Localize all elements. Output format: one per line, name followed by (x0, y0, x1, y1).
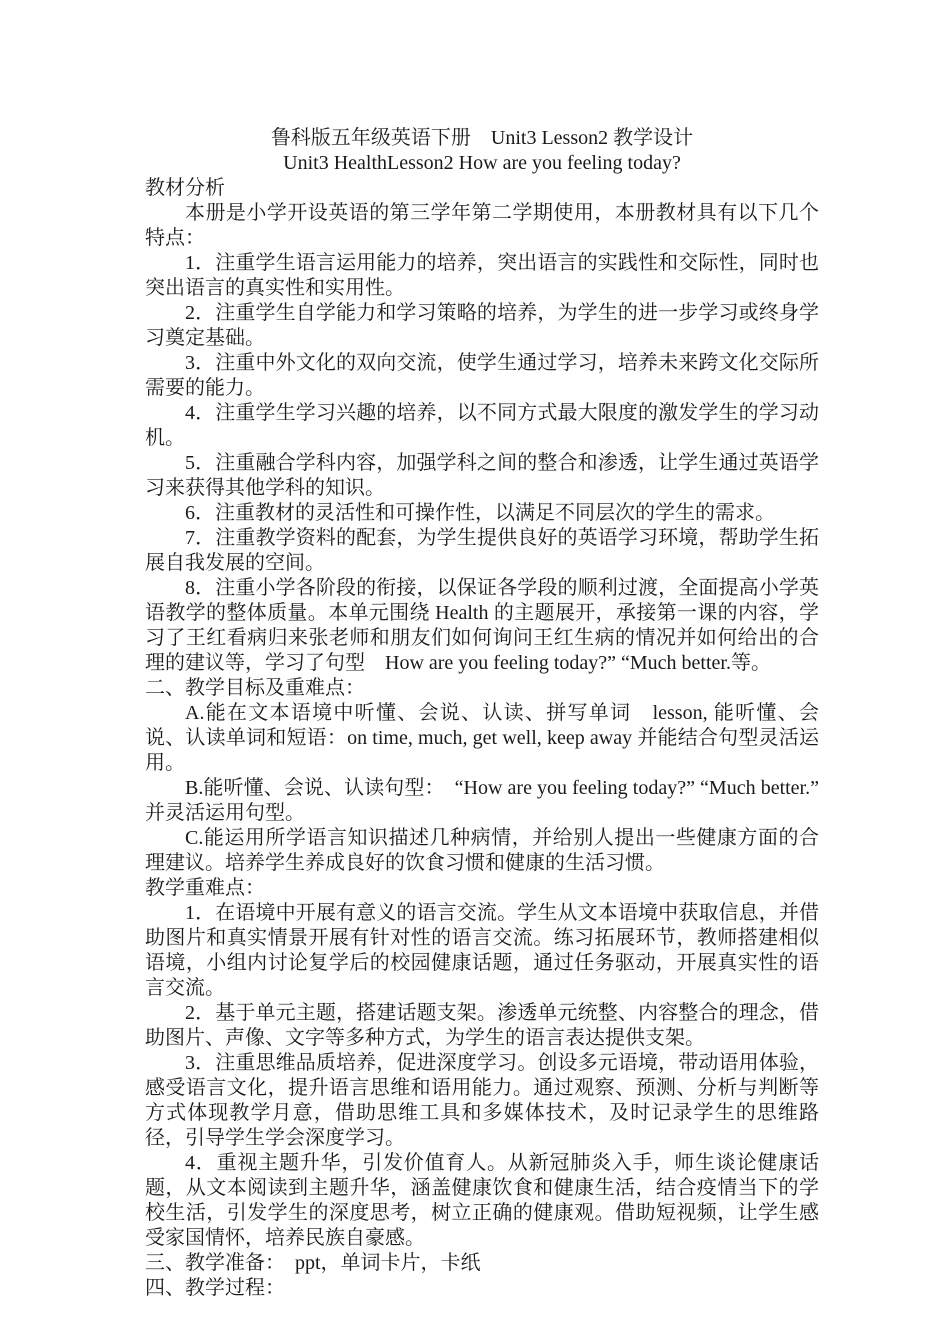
objective-c: C.能运用所学语言知识描述几种病情，并给别人提出一些健康方面的合理建议。培养学生… (145, 826, 819, 876)
feature-item-2: 2．注重学生自学能力和学习策略的培养，为学生的进一步学习或终身学习奠定基础。 (145, 301, 819, 351)
heading-objectives: 二、教学目标及重难点： (145, 676, 819, 701)
heading-teaching-process: 四、教学过程： (145, 1276, 819, 1301)
key-point-3: 3．注重思维品质培养，促进深度学习。创设多元语境，带动语用体验，感受语言文化，提… (145, 1051, 819, 1151)
objective-a: A.能在文本语境中听懂、会说、认读、拼写单词 lesson, 能听懂、会说、认读… (145, 701, 819, 776)
heading-teaching-preparation: 三、教学准备： ppt，单词卡片，卡纸 (145, 1251, 819, 1276)
heading-material-analysis: 教材分析 (145, 176, 819, 201)
key-point-2: 2．基于单元主题，搭建话题支架。渗透单元统整、内容整合的理念，借助图片、声像、文… (145, 1001, 819, 1051)
feature-item-6: 6．注重教材的灵活性和可操作性，以满足不同层次的学生的需求。 (145, 501, 819, 526)
key-point-1: 1．在语境中开展有意义的语言交流。学生从文本语境中获取信息，并借助图片和真实情景… (145, 901, 819, 1001)
feature-item-7: 7．注重教学资料的配套，为学生提供良好的英语学习环境，帮助学生拓展自我发展的空间… (145, 526, 819, 576)
title-line-1: 鲁科版五年级英语下册 Unit3 Lesson2 教学设计 (145, 126, 819, 151)
para-overview: 本册是小学开设英语的第三学年第二学期使用，本册教材具有以下几个特点： (145, 201, 819, 251)
document-content: 鲁科版五年级英语下册 Unit3 Lesson2 教学设计 Unit3 Heal… (145, 126, 819, 1301)
document-page: 鲁科版五年级英语下册 Unit3 Lesson2 教学设计 Unit3 Heal… (0, 0, 950, 1344)
feature-item-5: 5．注重融合学科内容，加强学科之间的整合和渗透，让学生通过英语学习来获得其他学科… (145, 451, 819, 501)
feature-item-3: 3．注重中外文化的双向交流，使学生通过学习，培养未来跨文化交际所需要的能力。 (145, 351, 819, 401)
feature-item-4: 4．注重学生学习兴趣的培养，以不同方式最大限度的激发学生的学习动机。 (145, 401, 819, 451)
feature-item-1: 1．注重学生语言运用能力的培养，突出语言的实践性和交际性，同时也突出语言的真实性… (145, 251, 819, 301)
key-point-4: 4．重视主题升华，引发价值育人。从新冠肺炎入手，师生谈论健康话题，从文本阅读到主… (145, 1151, 819, 1251)
title-line-2: Unit3 HealthLesson2 How are you feeling … (145, 151, 819, 176)
feature-item-8: 8．注重小学各阶段的衔接，以保证各学段的顺利过渡，全面提高小学英语教学的整体质量… (145, 576, 819, 676)
heading-key-points: 教学重难点： (145, 876, 819, 901)
objective-b: B.能听懂、会说、认读句型： “How are you feeling toda… (145, 776, 819, 826)
